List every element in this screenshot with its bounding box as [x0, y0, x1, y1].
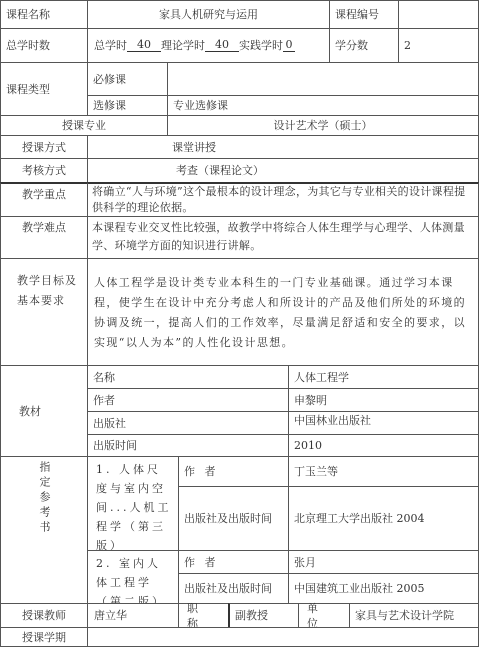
value-text: 中国建筑工业出版社 2005: [294, 581, 425, 596]
value-text: 2: [404, 38, 411, 53]
hours-breakdown: 总学时 40 理论学时 40 实践学时 0: [87, 28, 330, 63]
textbook-row-value: 中国林业出版社: [288, 411, 479, 435]
label-line-2: 基本要求: [17, 291, 87, 311]
reference-author-label: 作 者: [178, 456, 289, 487]
label-line-1: 教学目标及: [17, 271, 87, 291]
textbook-row-label: 出版社: [87, 411, 289, 435]
label-text: 授课专业: [62, 118, 106, 133]
references-label: 指定参考书: [0, 456, 88, 604]
focus-label: 教学重点: [0, 182, 88, 217]
label-text: 出版时间: [93, 438, 137, 453]
label-text: 总学时数: [6, 38, 50, 53]
title-text: 2. 室内人体工程学（第二版）: [96, 557, 166, 608]
credits-value: 2: [398, 28, 479, 63]
reference-pub-label: 出版社及出版时间: [178, 486, 289, 551]
method-value: 课堂讲授: [87, 135, 479, 159]
hours-label: 总学时数: [0, 28, 88, 63]
label-text: 课程名称: [6, 7, 50, 22]
textbook-row-value: 2010: [288, 434, 479, 457]
value-text: 副教授: [235, 608, 268, 623]
assessment-label: 考核方式: [0, 158, 88, 183]
credits-label: 学分数: [329, 28, 399, 63]
label-text: 课程类型: [6, 82, 50, 97]
textbook-row-value: 人体工程学: [288, 365, 479, 389]
label-text: 授课教师: [22, 608, 66, 623]
label-text: 作 者: [184, 464, 219, 479]
label-text: 作者: [93, 393, 115, 408]
reference-author-value: 丁玉兰等: [288, 456, 479, 487]
label-text: 职 称: [187, 601, 223, 631]
value-text: 家具人机研究与运用: [159, 7, 258, 22]
value-text: 张月: [294, 555, 316, 570]
paragraph: 人体工程学是设计类专业本科生的一门专业基础课。通过学习本课程，使学生在设计中充分…: [94, 276, 466, 349]
label-text: 指定参考书: [35, 461, 53, 536]
major-value: 设计艺术学（硕士）: [167, 115, 479, 136]
course-name-value: 家具人机研究与运用: [87, 0, 330, 29]
value-text: 申黎明: [294, 393, 327, 408]
total-hours-value: 40: [127, 39, 161, 52]
semester-value: [87, 627, 479, 647]
elective-label: 选修课: [87, 95, 168, 116]
practice-hours-label: 实践学时: [239, 38, 283, 53]
major-label: 授课专业: [0, 115, 168, 136]
difficulty-text: 本课程专业交叉性比较强，故教学中将综合人体生理学与心理学、人体测量学、环境学方面…: [87, 216, 479, 259]
label-text: 授课学期: [22, 630, 66, 645]
course-code-value: [398, 0, 479, 29]
reference-author-value: 张月: [288, 550, 479, 574]
value-text: 专业选修课: [173, 98, 228, 113]
textbook-row-label: 名称: [87, 365, 289, 389]
textbook-label: 教材: [0, 365, 88, 457]
label-text: 选修课: [93, 98, 126, 113]
textbook-row-label: 出版时间: [87, 434, 289, 457]
instructor-title-label: 职 称: [178, 603, 229, 628]
value-text: 人体工程学: [294, 370, 349, 385]
value-text: 设计艺术学（硕士）: [274, 118, 373, 133]
reference-pub-value: 北京理工大学出版社 2004: [288, 486, 479, 551]
course-type-label: 课程类型: [0, 62, 88, 116]
value-text: 唐立华: [94, 608, 127, 623]
goals-text: 人体工程学是设计类专业本科生的一门专业基础课。通过学习本课程，使学生在设计中充分…: [87, 258, 479, 366]
instructor-label: 授课教师: [0, 603, 88, 628]
label-text: 教学重点: [22, 188, 66, 201]
assessment-value: 考查（课程论文）: [87, 158, 479, 183]
label-text: 出版社: [93, 416, 126, 431]
textbook-row-label: 作者: [87, 388, 289, 412]
reference-title: 1. 人体尺度与室内空间...人机工程学（第三版）: [87, 456, 179, 551]
required-value: [167, 62, 479, 96]
instructor-unit-label: 单 位: [298, 603, 350, 628]
label-text: 出版社及出版时间: [184, 581, 272, 596]
label-text: 作 者: [184, 555, 219, 570]
value-text: 丁玉兰等: [294, 464, 338, 479]
paragraph: 将确立“人与环境”这个最根本的设计理念，为其它与专业相关的设计课程提供科学的理论…: [92, 185, 465, 214]
semester-label: 授课学期: [0, 627, 88, 647]
required-label: 必修课: [87, 62, 168, 96]
title-text: 1. 人体尺度与室内空间...人机工程学（第三版）: [96, 463, 172, 552]
theory-hours-value: 40: [205, 39, 239, 52]
value-text: 中国林业出版社: [294, 414, 371, 427]
method-label: 授课方式: [0, 135, 88, 159]
goals-label: 教学目标及 基本要求: [0, 258, 88, 366]
instructor-title-value: 副教授: [228, 603, 299, 628]
theory-hours-label: 理论学时: [161, 38, 205, 53]
label-text: 出版社及出版时间: [184, 511, 272, 526]
total-hours-label: 总学时: [94, 38, 127, 53]
label-text: 考核方式: [22, 163, 66, 178]
value-text: 北京理工大学出版社 2004: [294, 511, 425, 526]
instructor-unit-value: 家具与艺术设计学院: [349, 603, 479, 628]
value-text: 课堂讲授: [172, 140, 216, 155]
label-text: 课程编号: [335, 7, 379, 22]
reference-pub-value: 中国建筑工业出版社 2005: [288, 573, 479, 604]
reference-pub-label: 出版社及出版时间: [178, 573, 289, 604]
value-text: 家具与艺术设计学院: [355, 608, 454, 623]
label-text: 授课方式: [22, 140, 66, 155]
value-text: 考查（课程论文）: [176, 163, 264, 178]
difficulty-label: 教学难点: [0, 216, 88, 259]
label-text: 单 位: [307, 601, 344, 631]
label-text: 名称: [93, 370, 115, 385]
label-text: 必修课: [93, 72, 126, 87]
label-text: 学分数: [335, 38, 368, 53]
textbook-row-value: 申黎明: [288, 388, 479, 412]
focus-text: 将确立“人与环境”这个最根本的设计理念，为其它与专业相关的设计课程提供科学的理论…: [87, 182, 479, 217]
paragraph: 本课程专业交叉性比较强，故教学中将综合人体生理学与心理学、人体测量学、环境学方面…: [92, 221, 465, 252]
course-name-label: 课程名称: [0, 0, 88, 29]
reference-title: 2. 室内人体工程学（第二版）: [87, 550, 179, 604]
label-text: 教学难点: [22, 221, 66, 234]
reference-author-label: 作 者: [178, 550, 289, 574]
label-text: 教材: [19, 404, 41, 419]
elective-value: 专业选修课: [167, 95, 479, 116]
practice-hours-value: 0: [283, 39, 295, 52]
value-text: 2010: [294, 438, 322, 453]
instructor-name: 唐立华: [87, 603, 179, 628]
course-code-label: 课程编号: [329, 0, 399, 29]
